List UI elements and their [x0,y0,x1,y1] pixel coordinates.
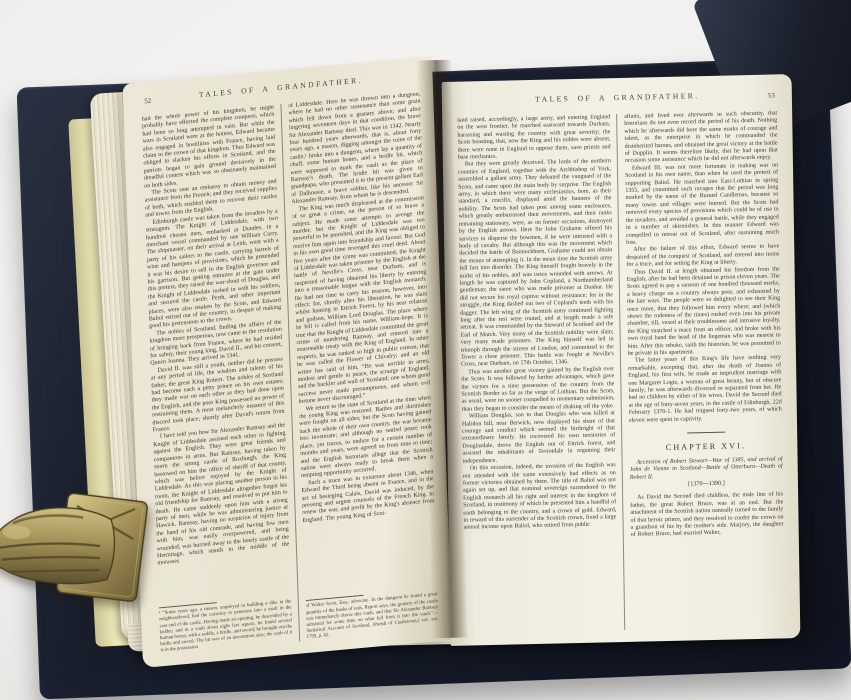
right-page-column-1: land raised, accordingly, a large army, … [457,114,624,634]
left-col2-text: of Liddesdale. Here he was thrown into a… [288,91,437,597]
left-col1-footnote: ¹ “Some years ago, a mason, employed in … [159,596,293,655]
right-page: TALES OF A GRANDFATHER. 53 land raised, … [442,74,801,646]
paragraph: But they were greatly deceived. The lord… [458,159,614,370]
paragraph: of Liddesdale. Here he was thrown into a… [288,91,424,207]
paragraph: I have told you how Sir Alexander Ramsay… [153,423,290,568]
right-page-columns: land raised, accordingly, a large army, … [457,110,786,633]
left-page-column-2: of Liddesdale. Here he was thrown into a… [280,91,440,642]
paragraph: Edinburgh castle was taken from the inva… [145,208,281,331]
paragraph: On this occasion, indeed, the invasion o… [463,462,617,532]
paragraph: We return to the state of Scotland at th… [299,395,434,481]
photo-backdrop: 52 TALES OF A GRANDFATHER. had the whole… [0,0,851,700]
right-page-column-2: affairs, and lived ever afterwards in su… [616,110,786,630]
paragraph: affairs, and lived ever afterwards in su… [624,110,778,165]
left-page: 52 TALES OF A GRANDFATHER. had the whole… [123,56,453,668]
left-col2-footnote: of Walter Scott, Esq., advocate. In the … [305,588,439,641]
section-divider-rule [687,432,725,434]
paragraph: David II. was still a youth, neither did… [151,356,285,435]
left-page-columns: had the whole power of his kingdom, he m… [142,91,440,654]
paragraph: Edward III. was not more fortunate in ma… [625,162,779,247]
right-col1-text: land raised, accordingly, a large army, … [457,114,618,633]
right-col2-text: affairs, and lived ever afterwards in su… [624,110,785,629]
paragraph: land raised, accordingly, a large army, … [457,114,611,162]
right-page-header: TALES OF A GRANDFATHER. 53 [457,89,778,112]
chapter-heading: CHAPTER XVI. [629,440,782,452]
paragraph: The latter years of this King's life hav… [628,355,782,425]
paragraph: As David the Second died childless, the … [630,492,784,540]
paragraph: Thus David II. at length obtained his fr… [627,266,781,358]
right-page-number: 53 [768,91,775,99]
left-col1-text: had the whole power of his kingdom, he m… [142,105,291,605]
brass-hand-icon [0,485,150,613]
paragraph: The King was much displeased at the comm… [292,195,431,407]
paragraph: William Douglas, son to that Douglas who… [462,410,616,465]
left-page-column-1: had the whole power of his kingdom, he m… [142,104,299,654]
brass-hand-paperweight [0,485,150,613]
paragraph: Thus was another great victory gained by… [461,366,615,414]
paragraph: had the whole power of his kingdom, he m… [142,105,277,191]
right-running-title: TALES OF A GRANDFATHER. [457,89,778,105]
